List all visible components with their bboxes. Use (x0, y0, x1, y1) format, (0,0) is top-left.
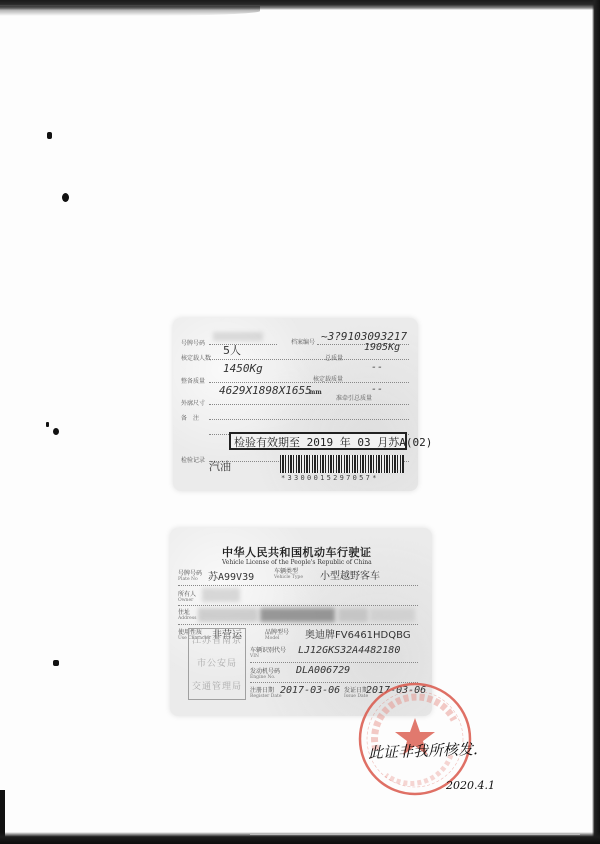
punch-hole-mark (46, 422, 49, 427)
scan-right-edge (592, 0, 600, 844)
plate-redacted (213, 332, 263, 341)
scan-bottom-line (250, 834, 580, 835)
vehicle-type-value: 小型越野客车 (320, 567, 380, 582)
address-label: 住址Address (178, 610, 196, 622)
seal-line-1: 江苏省南京 (189, 633, 245, 646)
total-mass-value: 1905Kg (364, 342, 400, 353)
license-title: 中华人民共和国机动车行驶证 (222, 544, 372, 560)
punch-hole-mark (47, 132, 52, 139)
plate-label: 号牌号码 (181, 338, 205, 347)
engine-no-label: 发动机号码Engine No. (250, 669, 280, 681)
vehicle-type-label: 车辆类型Vehicle Type (274, 569, 303, 581)
scan-top-shadow (0, 6, 260, 16)
vin-label: 车辆识别代号VIN (250, 648, 286, 660)
remarks-label: 备注 (181, 413, 205, 422)
curb-mass-value: 1450Kg (223, 362, 263, 375)
passengers-value: 5人 (223, 342, 241, 358)
address-redacted-4 (370, 608, 415, 622)
seal-line-2: 市公安局 (189, 656, 245, 669)
punch-hole (62, 193, 69, 202)
barcode (280, 455, 404, 473)
dimensions-value: 4629X1898X1655 (219, 384, 312, 397)
address-redacted-2 (260, 608, 335, 622)
license-title-en: Vehicle License of the People's Republic… (222, 559, 372, 566)
dimensions-label: 外廓尺寸 (181, 398, 205, 407)
owner-label: 所有人Owner (178, 592, 196, 604)
owner-redacted (202, 588, 240, 602)
rated-load-value: -- (371, 362, 383, 373)
punch-hole-mark (53, 660, 59, 666)
curb-mass-label: 整备质量 (181, 376, 205, 385)
total-mass-label: 总质量 (325, 353, 343, 362)
address-redacted-3 (338, 608, 368, 622)
towing-mass-label: 准牵引总质量 (336, 393, 372, 402)
register-date-value: 2017-03-06 (280, 685, 340, 696)
engine-no-value: DLA006729 (296, 665, 350, 676)
towing-mass-value: -- (371, 384, 383, 395)
vin-value: LJ12GKS32A4482180 (298, 645, 400, 656)
register-date-label: 注册日期Register Date (250, 688, 282, 700)
model-label: 品牌型号Model (265, 630, 289, 642)
passengers-label: 核定载人数 (181, 353, 211, 362)
inspection-validity-stamp: 检验有效期至 2019 年 03 月苏A(02) (229, 432, 407, 450)
seal-line-3: 交通管理局 (189, 679, 245, 692)
barcode-number: *3300015297057* (281, 474, 379, 482)
plate-no-value: 苏A99V39 (208, 568, 254, 583)
plate-no-label: 号牌号码Plate No (178, 571, 202, 583)
dimensions-unit: mm (309, 389, 322, 396)
issuing-authority-seal: 江苏省南京 市公安局 交通管理局 (188, 628, 246, 700)
address-redacted-1 (198, 608, 258, 622)
model-value: 奥迪牌FV6461HDQBG (305, 626, 411, 641)
rated-load-label: 核定载质量 (313, 374, 343, 383)
license-back-card: 号牌号码 档案编号 ~3?9103093217 核定载人数 5人 总质量 190… (173, 318, 418, 491)
handwritten-date: 2020.4.1 (446, 779, 495, 792)
inspection-record-label: 检验记录 (181, 455, 205, 464)
fuel-type: 汽油 (209, 458, 231, 474)
file-no-label: 档案编号 (291, 337, 315, 346)
punch-hole (53, 428, 59, 435)
handwritten-note: 此证非我所核发. (368, 738, 478, 763)
